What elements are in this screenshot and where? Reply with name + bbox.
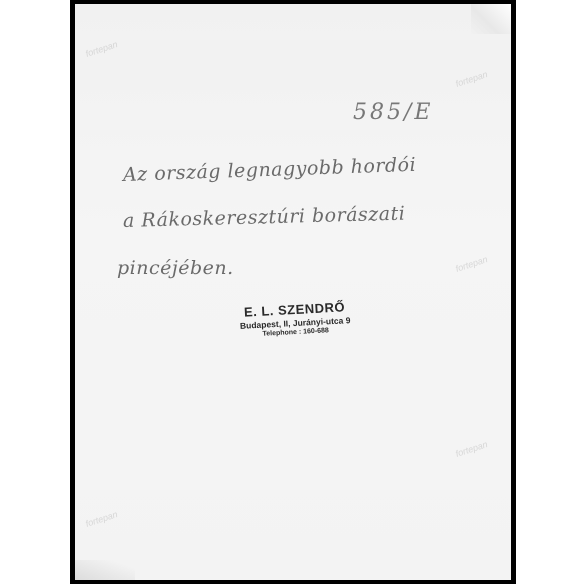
reference-number: 585/E (353, 100, 433, 125)
corner-curl (471, 4, 511, 34)
watermark: fortepan (84, 39, 119, 59)
corner-curl (75, 560, 135, 580)
caption-line: Az ország legnagyobb hordói (123, 154, 417, 186)
watermark: fortepan (454, 254, 489, 274)
caption-line: a Rákoskeresztúri borászati (123, 203, 406, 232)
photo-back-paper: fortepan fortepan fortepan fortepan fort… (75, 4, 511, 580)
photo-frame: fortepan fortepan fortepan fortepan fort… (70, 0, 516, 584)
caption-line: pincéjében. (117, 257, 234, 279)
watermark: fortepan (84, 509, 119, 529)
photographer-stamp: E. L. SZENDRŐ Budapest, II, Jurányi-utca… (219, 298, 371, 340)
watermark: fortepan (454, 439, 489, 459)
watermark: fortepan (454, 69, 489, 89)
